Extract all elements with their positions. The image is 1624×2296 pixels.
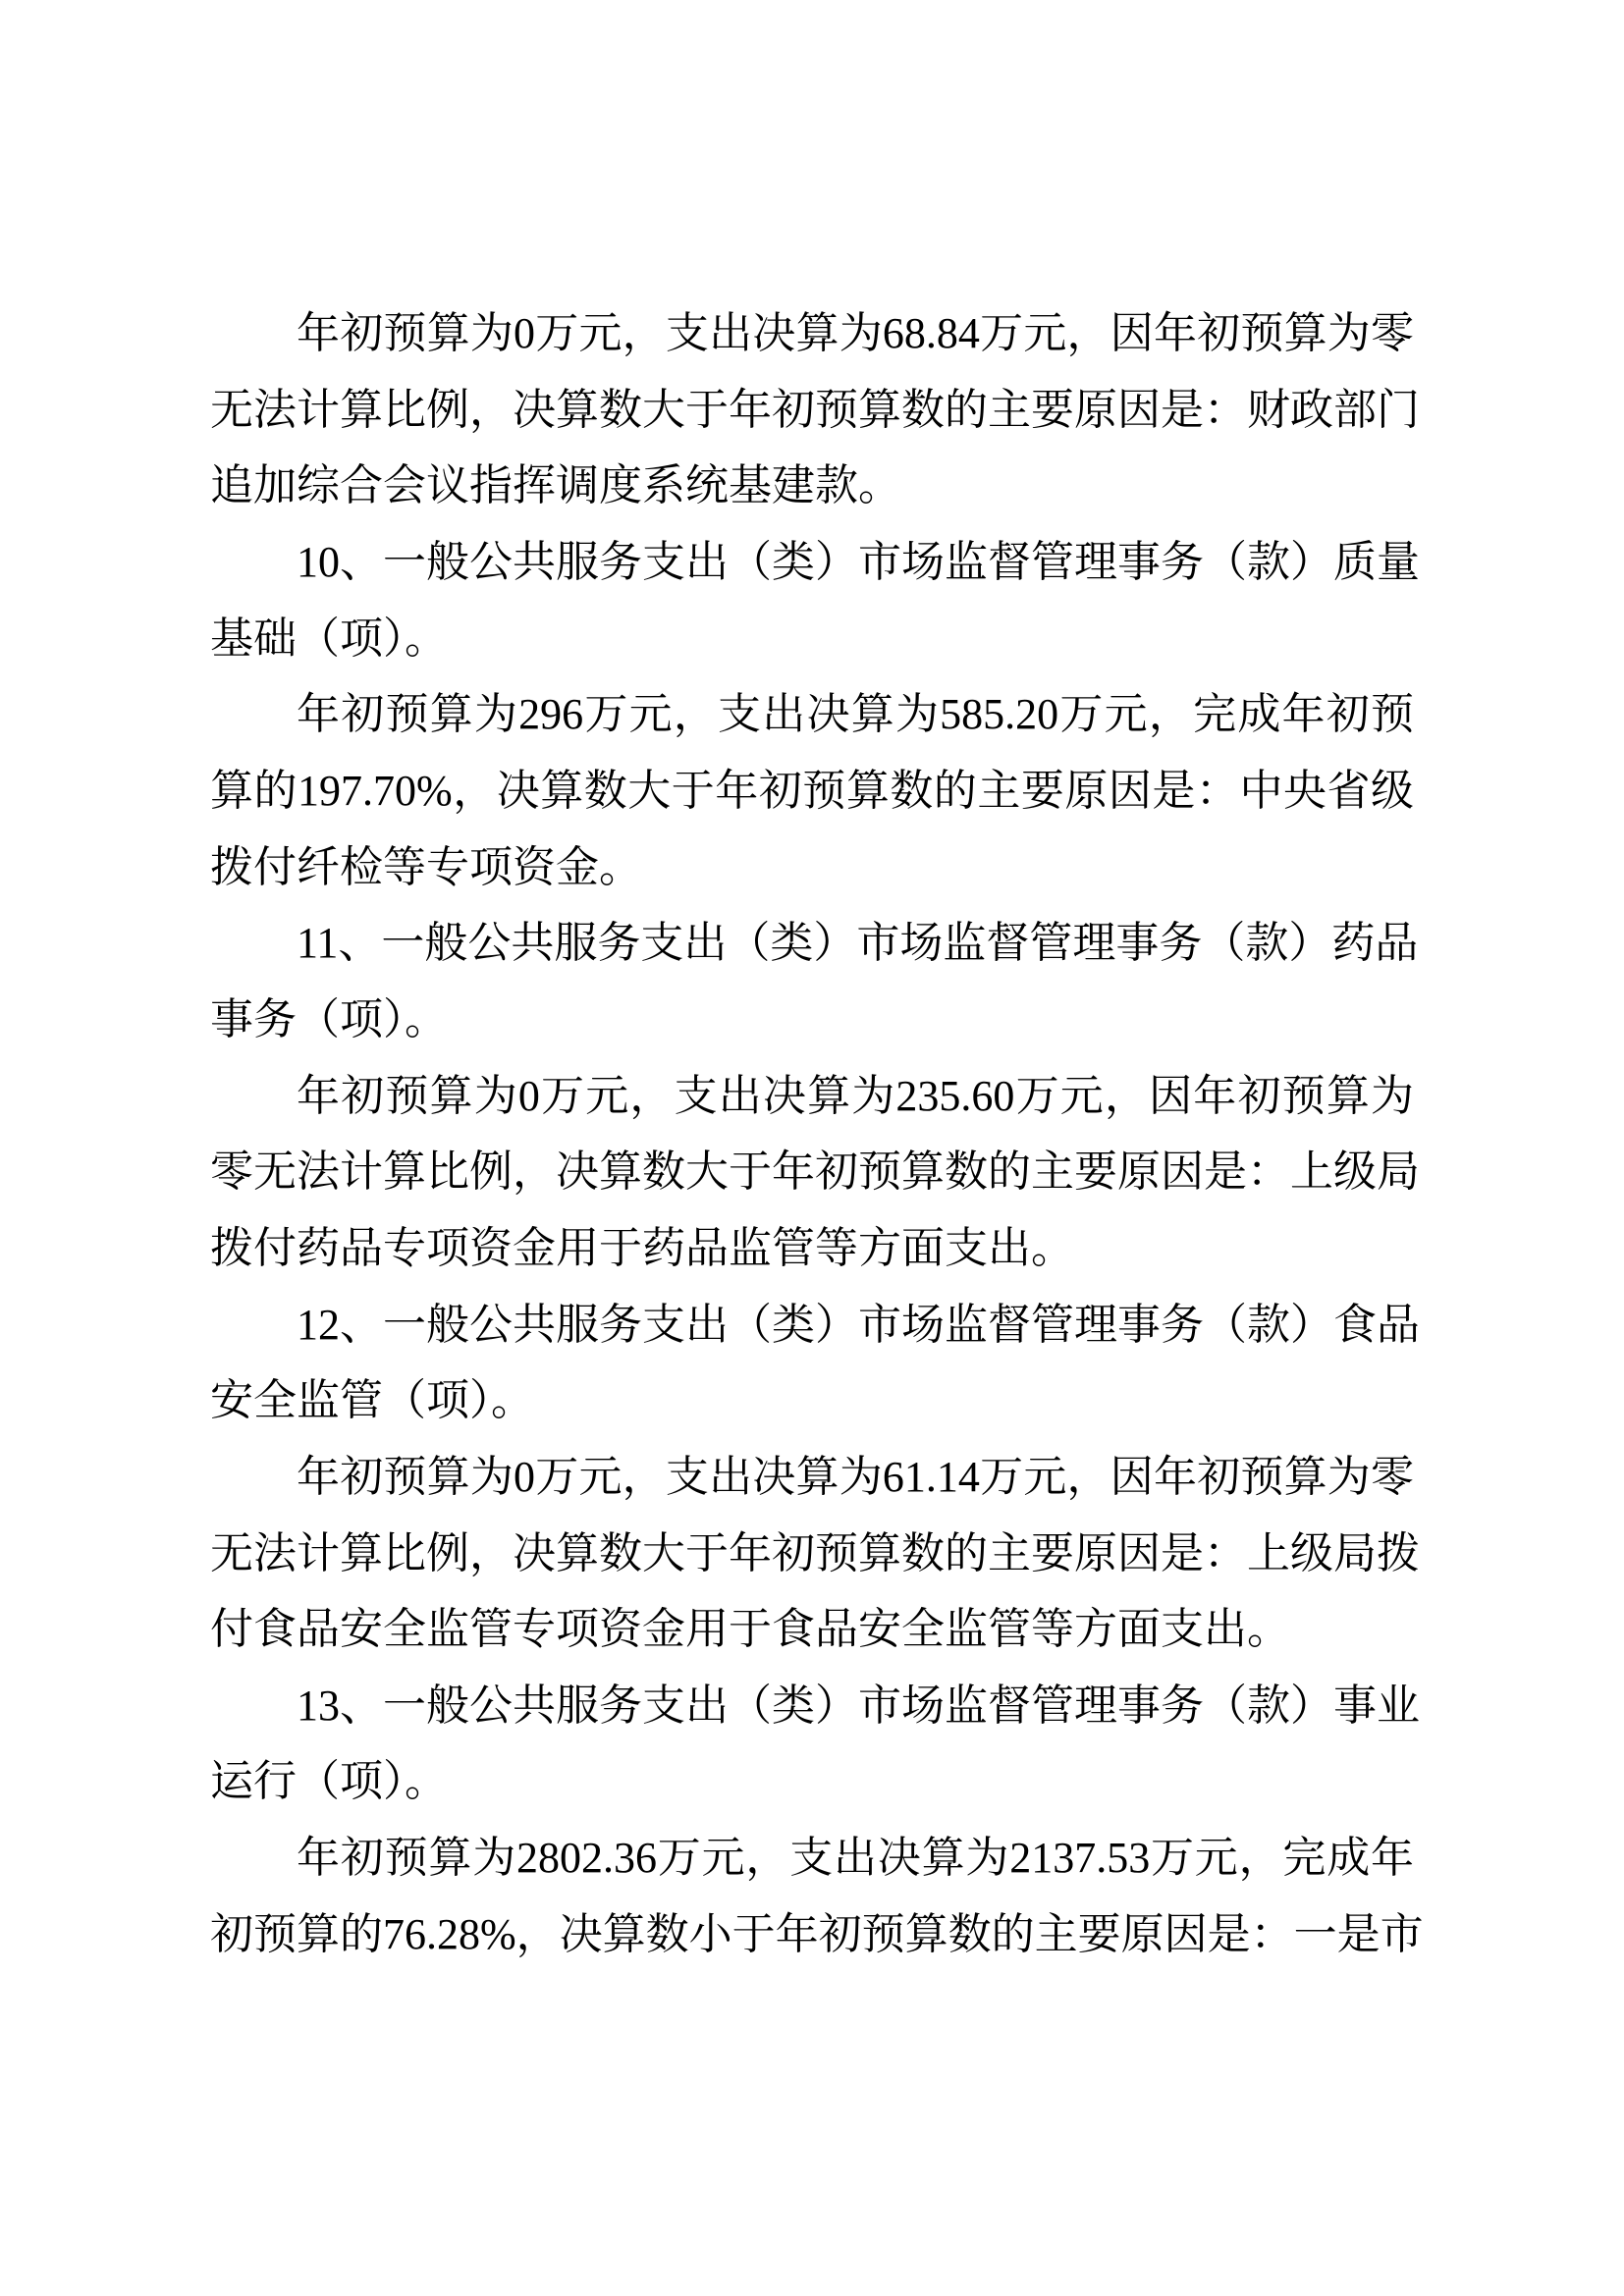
text-line: 事务（项）。	[210, 982, 1414, 1058]
text-line: 12、一般公共服务支出（类）市场监督管理事务（款）食品	[210, 1287, 1414, 1363]
text-line: 运行（项）。	[210, 1743, 1414, 1820]
text-line: 追加综合会议指挥调度系统基建款。	[210, 448, 1414, 524]
paragraph-continuation: 年初预算为0万元，支出决算为68.84万元，因年初预算为零 无法计算比例，决算数…	[210, 295, 1414, 524]
document-page: 年初预算为0万元，支出决算为68.84万元，因年初预算为零 无法计算比例，决算数…	[0, 0, 1624, 2296]
item-heading-12: 12、一般公共服务支出（类）市场监督管理事务（款）食品 安全监管（项）。	[210, 1287, 1414, 1439]
text-line: 拨付药品专项资金用于药品监管等方面支出。	[210, 1210, 1414, 1287]
text-line: 付食品安全监管专项资金用于食品安全监管等方面支出。	[210, 1591, 1414, 1668]
text-line: 年初预算为0万元，支出决算为235.60万元，因年初预算为	[210, 1058, 1414, 1135]
text-line: 无法计算比例，决算数大于年初预算数的主要原因是：财政部门	[210, 372, 1414, 449]
text-block: 年初预算为0万元，支出决算为68.84万元，因年初预算为零 无法计算比例，决算数…	[210, 295, 1414, 1972]
text-line: 10、一般公共服务支出（类）市场监督管理事务（款）质量	[210, 524, 1414, 601]
text-line: 年初预算为296万元，支出决算为585.20万元，完成年初预	[210, 676, 1414, 753]
text-line: 零无法计算比例，决算数大于年初预算数的主要原因是：上级局	[210, 1134, 1414, 1210]
text-line: 初预算的76.28%，决算数小于年初预算数的主要原因是：一是市	[210, 1896, 1414, 1973]
text-line: 年初预算为0万元，支出决算为68.84万元，因年初预算为零	[210, 295, 1414, 372]
text-line: 基础（项）。	[210, 601, 1414, 677]
item-detail-11: 年初预算为0万元，支出决算为235.60万元，因年初预算为 零无法计算比例，决算…	[210, 1058, 1414, 1287]
text-line: 11、一般公共服务支出（类）市场监督管理事务（款）药品	[210, 905, 1414, 982]
item-detail-12: 年初预算为0万元，支出决算为61.14万元，因年初预算为零 无法计算比例，决算数…	[210, 1439, 1414, 1668]
item-heading-10: 10、一般公共服务支出（类）市场监督管理事务（款）质量 基础（项）。	[210, 524, 1414, 676]
text-line: 拨付纤检等专项资金。	[210, 829, 1414, 906]
text-line: 无法计算比例，决算数大于年初预算数的主要原因是：上级局拨	[210, 1516, 1414, 1592]
text-line: 安全监管（项）。	[210, 1362, 1414, 1439]
item-heading-13: 13、一般公共服务支出（类）市场监督管理事务（款）事业 运行（项）。	[210, 1668, 1414, 1820]
text-line: 13、一般公共服务支出（类）市场监督管理事务（款）事业	[210, 1668, 1414, 1744]
text-line: 年初预算为2802.36万元，支出决算为2137.53万元，完成年	[210, 1820, 1414, 1896]
item-detail-13: 年初预算为2802.36万元，支出决算为2137.53万元，完成年 初预算的76…	[210, 1820, 1414, 1972]
text-line: 算的197.70%，决算数大于年初预算数的主要原因是：中央省级	[210, 753, 1414, 829]
item-detail-10: 年初预算为296万元，支出决算为585.20万元，完成年初预 算的197.70%…	[210, 676, 1414, 905]
item-heading-11: 11、一般公共服务支出（类）市场监督管理事务（款）药品 事务（项）。	[210, 905, 1414, 1057]
text-line: 年初预算为0万元，支出决算为61.14万元，因年初预算为零	[210, 1439, 1414, 1516]
